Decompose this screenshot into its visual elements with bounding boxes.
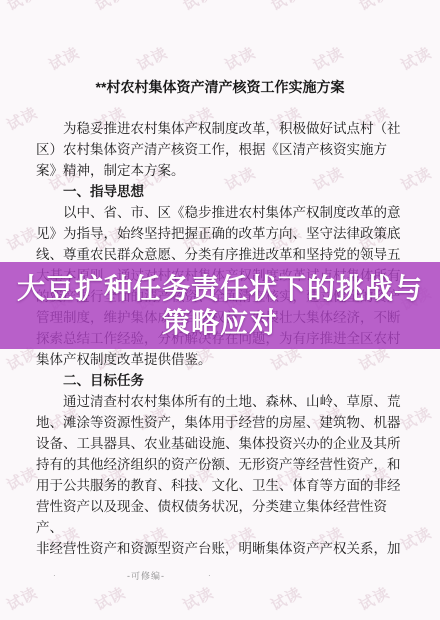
document-title: **村农村集体资产清产核资工作实施方案 (36, 78, 404, 96)
footer-dot-mid: · (208, 571, 211, 580)
watermark-text: 试读 (3, 582, 41, 616)
footer-editable-note: -可修编- (127, 569, 165, 582)
watermark-text: 试读 (179, 582, 217, 616)
paragraph-target-tasks: 通过清查村农村集体所有的土地、森林、山岭、草原、荒 地、滩涂等资源性资产，集体用… (36, 391, 404, 559)
section-heading-1: 一、指导思想 (36, 181, 404, 202)
paragraph-intro: 为稳妥推进农村集体产权制度改革，积极做好试点村（社 区）农村集体资产清产核资工作… (36, 118, 404, 181)
document-page: 试读试读试读试读试读试读试读试读试读试读试读试读试读试读试读试读试读试读试读试读… (0, 0, 440, 620)
promo-banner-overlay: 大豆扩种任务责任状下的挑战与 策略应对 (0, 262, 440, 349)
section-heading-2: 二、目标任务 (36, 370, 404, 391)
banner-title-line1: 大豆扩种任务责任状下的挑战与 (17, 272, 423, 306)
watermark-text: 试读 (267, 582, 305, 616)
watermark-text: 试读 (355, 582, 393, 616)
banner-title-line2: 策略应对 (162, 306, 278, 340)
footer-dot-left: · (53, 571, 56, 580)
watermark-text: 试读 (91, 582, 129, 616)
